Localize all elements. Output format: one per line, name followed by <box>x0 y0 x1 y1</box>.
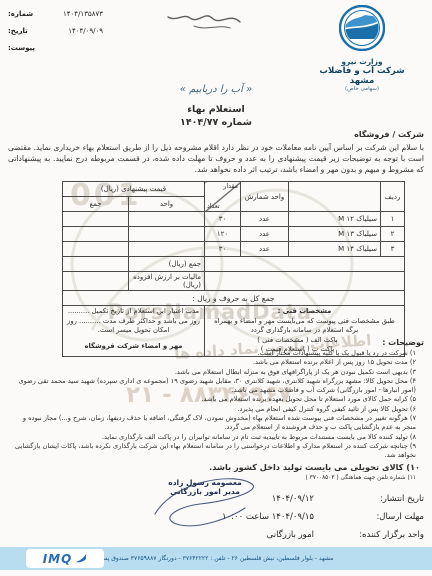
company-logo: وزارت نیرو شرکت آب و فاضلاب مشهد (سهامی … <box>314 5 410 92</box>
item-total-price <box>63 227 129 242</box>
item-row-number: ۳ <box>381 242 405 257</box>
title-line2: شماره ۱۴۰۴/۷۷ <box>0 117 432 128</box>
item-row-number: ۱ <box>381 212 405 227</box>
note-item: ۹) چنانچه شرکت کننده در استعلام مدارک و … <box>8 442 416 461</box>
col-header-quantity: مقدار تعداد <box>205 182 241 212</box>
validity-text: مدت اعتبار این استعلام از تاریخ تکمیل ..… <box>66 307 201 336</box>
item-quantity: ۳۰ <box>205 212 241 227</box>
note-item: ۶) تحویل کالا پس از تائید کیفی گروه کنتر… <box>8 405 416 414</box>
vat-row: مالیات بر ارزش افزوده (ریال) <box>63 272 405 291</box>
letter-number-row: ۱۴۰۴/۱۳۵۸۷۳ شماره: <box>8 10 103 18</box>
quantity-label-top: مقدار <box>223 183 238 190</box>
letter-attachment-row: پیوست: <box>8 44 103 52</box>
sum-row: جمع (ریال) <box>63 257 405 272</box>
col-header-unit: واحد شمارش <box>241 182 289 212</box>
title-line1: استعلام بهاء <box>0 104 432 115</box>
table-row: ۳ سیلیاک M ۱۴ عدد ۳۰ <box>63 242 405 257</box>
item-description: سیلیاک M ۱۳ <box>289 227 381 242</box>
document-title: استعلام بهاء شماره ۱۴۰۴/۷۷ <box>0 104 432 128</box>
organizer-value: امور بازرگانی <box>267 530 314 540</box>
col-header-total-price: جمع <box>63 197 129 212</box>
vat-value <box>63 272 129 291</box>
item-quantity: ۳۰ <box>205 242 241 257</box>
letter-date-row: ۱۴۰۴/۰۹/۰۹ تاریخ: <box>8 27 103 35</box>
note-item: ۱۰) کالای تحویلی می بایست تولید داخل کشو… <box>8 461 420 474</box>
letter-meta: ۱۴۰۴/۱۳۵۸۷۳ شماره: ۱۴۰۴/۰۹/۰۹ تاریخ: پیو… <box>8 10 103 61</box>
item-unit: عدد <box>241 227 289 242</box>
publish-date-label: تاریخ انتشار: <box>314 494 424 504</box>
tech-spec-title: مشخصات فنی : <box>208 307 401 317</box>
item-unit-price <box>129 242 205 257</box>
note-item: ۲) مدت تحویل ۱۵ روز پس از اعلام برنده اس… <box>8 358 416 367</box>
table-row: ۱ سیلیاک M ۱۲ عدد ۳۰ <box>63 212 405 227</box>
notes-section: توضیحات : ۱) شرکت در رد یا قبول یک یا کل… <box>8 338 424 483</box>
item-row-number: ۲ <box>381 227 405 242</box>
imq-text: IMQ <box>43 552 73 566</box>
item-description: سیلیاک M ۱۲ <box>289 212 381 227</box>
col-header-price-group: قیمت پیشنهادی (ریال) <box>63 182 205 197</box>
notes-title: توضیحات : <box>8 338 424 347</box>
signer-role: مدیر امور بازرگانی <box>150 487 260 496</box>
grand-total-label: جمع کل به حروف و ریال : <box>63 291 405 306</box>
document-page: 001 PorsNamadData اطلاعات پارس نماد داده… <box>0 0 432 576</box>
signature-block: معصومه رسول زاده مدیر امور بازرگانی <box>150 478 260 496</box>
deadline-label: مهلت ارسال: <box>314 512 424 522</box>
note-item: ۳) بدیهی است تکمیل نبودن هر یک از پاراگر… <box>8 368 416 377</box>
imq-logo: IMQ <box>26 549 104 568</box>
item-total-price <box>63 242 129 257</box>
table-header-row-1: ردیف واحد شمارش مقدار تعداد قیمت پیشنهاد… <box>63 182 405 197</box>
publication-fields: تاریخ انتشار: ۱۴۰۴/۰۹/۱۲ مهلت ارسال: ۱۴۰… <box>144 494 424 548</box>
sum-value <box>63 257 129 272</box>
item-quantity: ۱۲۰ <box>205 227 241 242</box>
note-item: ۸) تولید کننده کالا می بایست مستندات مرب… <box>8 433 416 442</box>
item-description: سیلیاک M ۱۴ <box>289 242 381 257</box>
logo-company: شرکت آب و فاضلاب مشهد <box>314 66 410 86</box>
footer-bar: IMQ مشهد - بلوار فلسطین، نبش فلسطین ۲۶ -… <box>0 547 432 570</box>
addressee: شرکت / فروشگاه <box>8 130 424 139</box>
deadline-value: ۱۴۰۴/۰۹/۱۵ ساعت ۱۰:۰۰ <box>222 512 314 522</box>
item-unit: عدد <box>241 212 289 227</box>
organizer-label: واحد برگزار کننده: <box>314 530 424 540</box>
sum-label: جمع (ریال) <box>129 257 205 272</box>
quantity-label-bottom: تعداد <box>207 203 220 210</box>
organizer-row: واحد برگزار کننده: امور بازرگانی <box>144 530 424 540</box>
letter-date-value: ۱۴۰۴/۰۹/۰۹ <box>68 27 103 35</box>
slogan: « آب را دریابیم » <box>0 84 432 95</box>
letter-attachment-label: پیوست: <box>8 44 35 52</box>
logo-ministry: وزارت نیرو <box>314 57 410 66</box>
letter-number-value: ۱۴۰۴/۱۳۵۸۷۳ <box>63 10 103 18</box>
deadline-row: مهلت ارسال: ۱۴۰۴/۰۹/۱۵ ساعت ۱۰:۰۰ <box>144 512 424 522</box>
handwritten-note-scribble <box>160 4 250 38</box>
letter-date-label: تاریخ: <box>8 27 28 35</box>
intro-section: شرکت / فروشگاه با سلام این شرکت بر اساس … <box>8 130 424 175</box>
note-item: ۴) محل تحویل کالا: مشهد بزرگراه شهید کلا… <box>8 377 416 396</box>
publish-date-value: ۱۴۰۴/۰۹/۱۲ <box>272 494 314 504</box>
grand-total-row: جمع کل به حروف و ریال : <box>63 291 405 306</box>
item-unit-price <box>129 212 205 227</box>
item-unit-price <box>129 227 205 242</box>
water-logo-icon <box>339 5 385 55</box>
col-header-row: ردیف <box>381 182 405 212</box>
note-item: ۷) هرگونه تغییر در مشخصات فنی پیوست شده … <box>8 414 416 433</box>
imq-swoosh-icon <box>75 553 87 565</box>
price-inquiry-table: ردیف واحد شمارش مقدار تعداد قیمت پیشنهاد… <box>62 181 405 357</box>
intro-paragraph: با سلام این شرکت بر اساس آیین نامه معامل… <box>8 142 424 175</box>
item-total-price <box>63 212 129 227</box>
col-header-description <box>289 182 381 212</box>
letter-number-label: شماره: <box>8 10 33 18</box>
item-unit: عدد <box>241 242 289 257</box>
tech-spec-body: طبق مشخصات فنی پیوست که می‌بایست مهر و ا… <box>208 317 401 336</box>
col-header-unit-price: واحد <box>129 197 205 212</box>
note-item: ۵) کرایه حمل کالای مورد استعلام تا محل ت… <box>8 395 416 404</box>
note-item: ۱) شرکت در رد یا قبول یک یا کلیه پیشنهاد… <box>8 349 416 358</box>
signer-name: معصومه رسول زاده <box>150 478 260 487</box>
table-row: ۲ سیلیاک M ۱۳ عدد ۱۲۰ <box>63 227 405 242</box>
vat-label: مالیات بر ارزش افزوده (ریال) <box>129 272 205 291</box>
